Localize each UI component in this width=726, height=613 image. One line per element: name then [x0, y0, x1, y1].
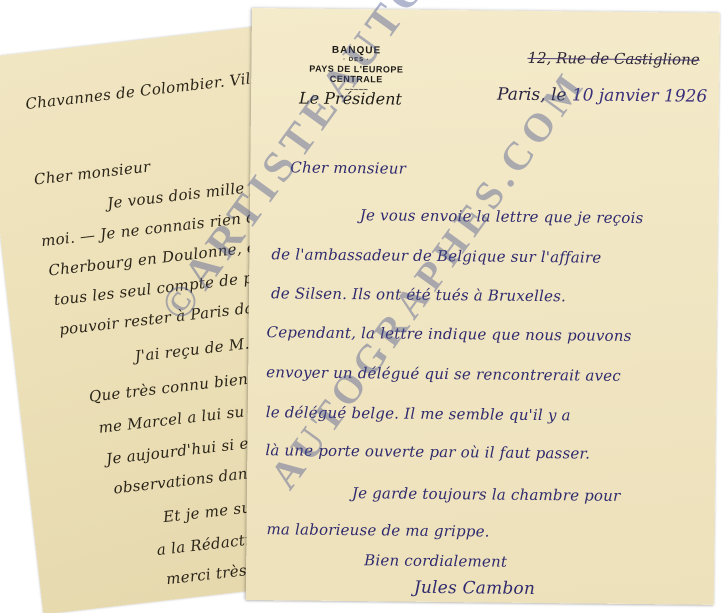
- body-line: Je vous envoie la lettre que je reçois: [360, 206, 644, 227]
- letterhead-bank: BANQUE: [282, 44, 432, 57]
- letterhead-title: Le Président: [299, 88, 402, 108]
- front-letter-sheet: BANQUE · DES · PAYS DE L'EUROPE CENTRALE…: [246, 8, 720, 605]
- body-line: ma laborieuse de ma grippe.: [266, 520, 489, 540]
- bank-letterhead: BANQUE · DES · PAYS DE L'EUROPE CENTRALE…: [281, 44, 432, 95]
- body-line: là une porte ouverte par où il faut pass…: [265, 441, 590, 462]
- body-line: envoyer un délégué qui se rencontrerait …: [266, 363, 621, 385]
- dateline-day: 10: [572, 85, 594, 105]
- dateline-year: 1926: [664, 86, 707, 106]
- body-line: Je garde toujours la chambre pour: [352, 484, 621, 505]
- dateline: Paris, le 10 janvier 1926: [497, 85, 707, 107]
- struck-address: 12, Rue de Castiglione: [527, 49, 699, 69]
- salutation: Cher monsieur: [290, 158, 406, 177]
- dateline-printed: Paris, le: [497, 85, 567, 106]
- dateline-month: janvier: [599, 86, 659, 107]
- signature: Jules Cambon: [414, 578, 535, 599]
- closing: Bien cordialement: [364, 551, 507, 570]
- body-line: Cependant, la lettre indique que nous po…: [267, 323, 632, 345]
- back-letter-salutation: Cher monsieur: [33, 157, 151, 188]
- letterhead-name: PAYS DE L'EUROPE CENTRALE: [281, 63, 431, 85]
- body-line: de l'ambassadeur de Belgique sur l'affai…: [271, 245, 601, 266]
- body-line: le délégué belge. Il me semble qu'il y a: [266, 403, 571, 424]
- body-line: de Silsen. Ils ont été tués à Bruxelles.: [271, 284, 566, 305]
